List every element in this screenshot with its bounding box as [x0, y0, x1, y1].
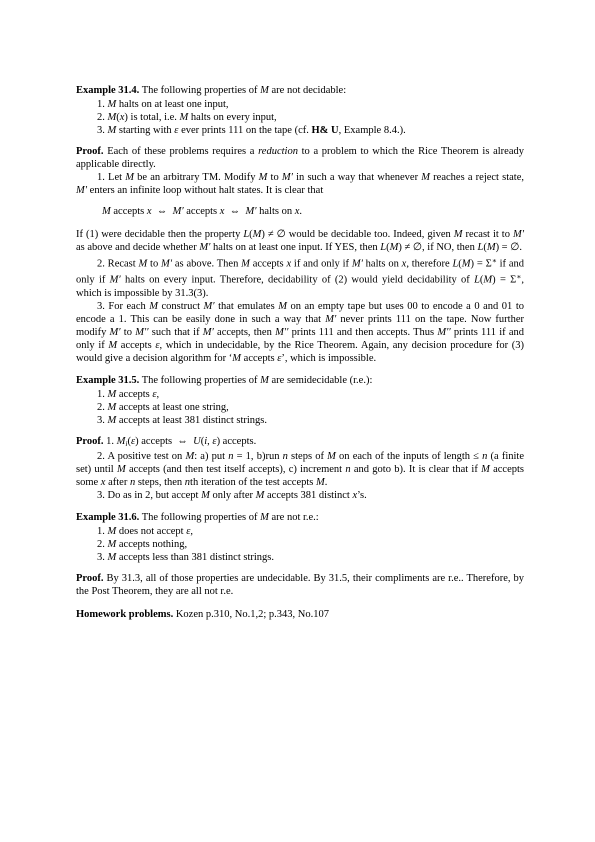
- text-run: M: [487, 242, 496, 253]
- proof-31-4-step-2: 2. Recast M to M′ as above. Then M accep…: [76, 254, 524, 300]
- text-run: M′: [204, 301, 215, 312]
- text-run: M: [108, 415, 117, 426]
- text-run: M: [149, 301, 158, 312]
- text-run: are not r.e.:: [269, 512, 319, 523]
- text-run: Proof.: [76, 573, 104, 584]
- text-run: accepts: [241, 353, 277, 364]
- list-item: 3. M starting with ε ever prints 111 on …: [97, 124, 524, 137]
- text-run: steps of: [288, 451, 327, 462]
- text-run: M: [421, 172, 430, 183]
- proof-31-4-step-3: 3. For each M construct M′ that emulates…: [76, 300, 524, 365]
- text-run: accepts: [116, 389, 152, 400]
- text-run: M′: [110, 275, 121, 286]
- text-run: Homework problems.: [76, 609, 173, 620]
- text-run: .: [299, 206, 302, 217]
- text-run: ) = Σ: [492, 275, 516, 286]
- example-31-5-list: 1. M accepts ε, 2. M accepts at least on…: [76, 388, 524, 427]
- text-run: 2.: [97, 112, 108, 123]
- text-run: ⇔: [224, 206, 245, 217]
- text-run: H& U: [312, 125, 339, 136]
- text-run: M′′: [275, 327, 288, 338]
- text-run: halts on: [363, 258, 402, 269]
- text-run: Each of these problems requires a: [104, 146, 259, 157]
- text-run: M: [316, 477, 325, 488]
- homework-problems: Homework problems. Kozen p.310, No.1,2; …: [76, 608, 524, 621]
- text-run: such that if: [149, 327, 203, 338]
- text-run: M′: [110, 327, 121, 338]
- text-run: ⇔: [152, 206, 173, 217]
- text-run: M′: [282, 172, 293, 183]
- text-run: M: [102, 206, 111, 217]
- text-run: reaches a reject state,: [430, 172, 524, 183]
- text-run: and goto b). It is clear that if: [351, 464, 481, 475]
- text-run: halts on every input,: [188, 112, 276, 123]
- text-run: M′: [352, 258, 363, 269]
- text-run: M: [278, 301, 287, 312]
- text-run: construct: [158, 301, 204, 312]
- text-run: as above. Then: [172, 258, 241, 269]
- text-run: reduction: [258, 146, 298, 157]
- text-run: ’, which is impossible.: [281, 353, 376, 364]
- text-run: M: [201, 490, 210, 501]
- text-run: M: [462, 258, 471, 269]
- text-run: accepts: [184, 206, 220, 217]
- text-run: ) ≠ ∅ would be decidable too. Indeed, gi…: [261, 229, 453, 240]
- text-run: accepts (and then test itself accepts), …: [126, 464, 346, 475]
- text-run: 1.: [97, 389, 108, 400]
- text-run: M′: [161, 258, 172, 269]
- text-run: 2.: [97, 539, 108, 550]
- text-run: steps, then: [135, 477, 185, 488]
- text-run: accepts at least 381 distinct strings.: [116, 415, 267, 426]
- proof-31-5-step-2: 2. A positive test on M: a) put n = 1, b…: [76, 450, 524, 489]
- text-run: M: [241, 258, 250, 269]
- text-run: M: [108, 389, 117, 400]
- text-run: accepts: [250, 258, 287, 269]
- list-item: 1. M halts on at least one input,: [97, 98, 524, 111]
- list-item: 3. M accepts at least 381 distinct strin…: [97, 414, 524, 427]
- text-run: M: [138, 258, 147, 269]
- proof-31-4-intro: Proof. Each of these problems requires a…: [76, 145, 524, 171]
- list-item: 1. M accepts ε,: [97, 388, 524, 401]
- example-31-4-title: Example 31.4. The following properties o…: [76, 84, 524, 97]
- text-run: 1.: [97, 526, 108, 537]
- text-run: halts on: [257, 206, 295, 217]
- text-run: ) accepts.: [217, 436, 257, 447]
- text-run: to: [267, 172, 282, 183]
- text-run: M′: [173, 206, 184, 217]
- text-run: By 31.3, all of those properties are und…: [76, 573, 524, 597]
- proof-31-5-step-1: Proof. 1. Mi(ε) accepts ⇔ U(i, ε) accept…: [76, 435, 524, 450]
- example-31-6-list: 1. M does not accept ε, 2. M accepts not…: [76, 525, 524, 564]
- text-run: The following properties of: [139, 85, 260, 96]
- text-run: Proof.: [76, 146, 104, 157]
- list-item: 2. M(x) is total, i.e. M halts on every …: [97, 111, 524, 124]
- text-run: th iteration of the test accepts: [190, 477, 316, 488]
- text-run: M: [483, 275, 492, 286]
- text-run: accepts less than 381 distinct strings.: [116, 552, 274, 563]
- text-run: Kozen p.310, No.1,2; p.343, No.107: [173, 609, 329, 620]
- text-run: halts on at least one input. If YES, the…: [210, 242, 380, 253]
- text-run: Example 31.5.: [76, 375, 139, 386]
- text-run: in such a way that whenever: [293, 172, 421, 183]
- proof-31-4-step-1-continued: If (1) were decidable then the property …: [76, 228, 524, 254]
- text-run: ) is total, i.e.: [124, 112, 179, 123]
- text-run: ’s.: [357, 490, 367, 501]
- text-run: 2.: [97, 402, 108, 413]
- proof-31-5-step-3: 3. Do as in 2, but accept M only after M…: [76, 489, 524, 502]
- text-run: accepts at least one string,: [116, 402, 229, 413]
- text-run: halts on every input. Therefore, decidab…: [121, 275, 474, 286]
- text-run: 1.: [97, 99, 108, 110]
- text-run: , Example 8.4.).: [339, 125, 406, 136]
- text-run: accepts nothing,: [116, 539, 187, 550]
- text-run: only after: [210, 490, 256, 501]
- text-run: ) = ∅.: [496, 242, 522, 253]
- text-run: accepts: [111, 206, 147, 217]
- text-run: 1. Let: [97, 172, 125, 183]
- text-run: M′: [513, 229, 524, 240]
- document-page: Example 31.4. The following properties o…: [0, 0, 595, 842]
- text-run: M′′: [135, 327, 148, 338]
- text-run: M: [108, 552, 117, 563]
- text-run: 3.: [97, 415, 108, 426]
- text-run: M: [327, 451, 336, 462]
- text-run: ) ≠ ∅, if NO, then: [398, 242, 477, 253]
- text-run: Example 31.6.: [76, 512, 139, 523]
- list-item: 2. M accepts at least one string,: [97, 401, 524, 414]
- text-run: prints 111 and then accepts. Thus: [288, 327, 437, 338]
- text-run: 1.: [104, 436, 117, 447]
- text-run: to: [147, 258, 161, 269]
- text-run: if and only if: [291, 258, 352, 269]
- text-run: after: [105, 477, 129, 488]
- text-run: M′′: [437, 327, 450, 338]
- text-run: 2. Recast: [97, 258, 138, 269]
- text-run: U: [193, 436, 201, 447]
- example-31-5-title: Example 31.5. The following properties o…: [76, 374, 524, 387]
- text-run: M: [108, 402, 117, 413]
- example-31-4-list: 1. M halts on at least one input, 2. M(x…: [76, 98, 524, 137]
- proof-31-4-step-1: 1. Let M be an arbitrary TM. Modify M to…: [76, 171, 524, 197]
- text-run: ever prints 111 on the tape (cf.: [178, 125, 311, 136]
- display-formula: M accepts x ⇔ M′ accepts x ⇔ M′ halts on…: [102, 205, 524, 218]
- text-run: enters an infinite loop without halt sta…: [87, 185, 323, 196]
- text-run: M′: [199, 242, 210, 253]
- text-run: M: [232, 353, 241, 364]
- example-31-6-title: Example 31.6. The following properties o…: [76, 511, 524, 524]
- text-run: : a) put: [194, 451, 228, 462]
- text-run: M: [260, 85, 269, 96]
- text-run: M: [108, 125, 117, 136]
- text-run: are semidecidable (r.e.):: [269, 375, 373, 386]
- text-run: to: [121, 327, 136, 338]
- text-run: 3. For each: [97, 301, 149, 312]
- text-run: accepts, then: [214, 327, 275, 338]
- text-run: are not decidable:: [269, 85, 346, 96]
- text-run: , therefore: [406, 258, 452, 269]
- text-run: M: [125, 172, 134, 183]
- text-run: starting with: [116, 125, 174, 136]
- text-run: = 1, b)run: [233, 451, 282, 462]
- text-run: as above and decide whether: [76, 242, 199, 253]
- text-run: 3.: [97, 125, 108, 136]
- text-run: M: [108, 112, 117, 123]
- text-run: M: [185, 451, 194, 462]
- text-run: M′: [325, 314, 336, 325]
- text-run: M: [108, 340, 117, 351]
- text-run: 2. A positive test on: [97, 451, 185, 462]
- text-run: M′: [76, 185, 87, 196]
- text-run: .: [325, 477, 328, 488]
- page-content: Example 31.4. The following properties o…: [76, 84, 524, 621]
- text-run: ,: [157, 389, 160, 400]
- text-run: be an arbitrary TM. Modify: [134, 172, 259, 183]
- text-run: halts on at least one input,: [116, 99, 228, 110]
- text-run: on each of the inputs of length ≤: [336, 451, 482, 462]
- list-item: 3. M accepts less than 381 distinct stri…: [97, 551, 524, 564]
- text-run: ,: [190, 526, 193, 537]
- text-run: M′: [245, 206, 256, 217]
- list-item: 2. M accepts nothing,: [97, 538, 524, 551]
- text-run: ) accepts ⇔: [135, 436, 193, 447]
- proof-31-6: Proof. By 31.3, all of those properties …: [76, 572, 524, 598]
- text-run: M: [117, 464, 126, 475]
- text-run: M: [108, 526, 117, 537]
- text-run: M: [108, 539, 117, 550]
- text-run: If (1) were decidable then the property: [76, 229, 243, 240]
- text-run: accepts 381 distinct: [264, 490, 352, 501]
- text-run: M: [260, 375, 269, 386]
- text-run: M′: [203, 327, 214, 338]
- text-run: M: [481, 464, 490, 475]
- text-run: M: [260, 512, 269, 523]
- text-run: that emulates: [215, 301, 279, 312]
- text-run: recast it to: [462, 229, 512, 240]
- text-run: The following properties of: [139, 375, 260, 386]
- text-run: M: [108, 99, 117, 110]
- text-run: Example 31.4.: [76, 85, 139, 96]
- list-item: 1. M does not accept ε,: [97, 525, 524, 538]
- text-run: 3.: [97, 552, 108, 563]
- text-run: does not accept: [116, 526, 186, 537]
- text-run: The following properties of: [139, 512, 260, 523]
- text-run: M: [180, 112, 189, 123]
- text-run: Proof.: [76, 436, 104, 447]
- text-run: accepts: [117, 340, 155, 351]
- text-run: 3. Do as in 2, but accept: [97, 490, 201, 501]
- text-run: ) = Σ: [471, 258, 492, 269]
